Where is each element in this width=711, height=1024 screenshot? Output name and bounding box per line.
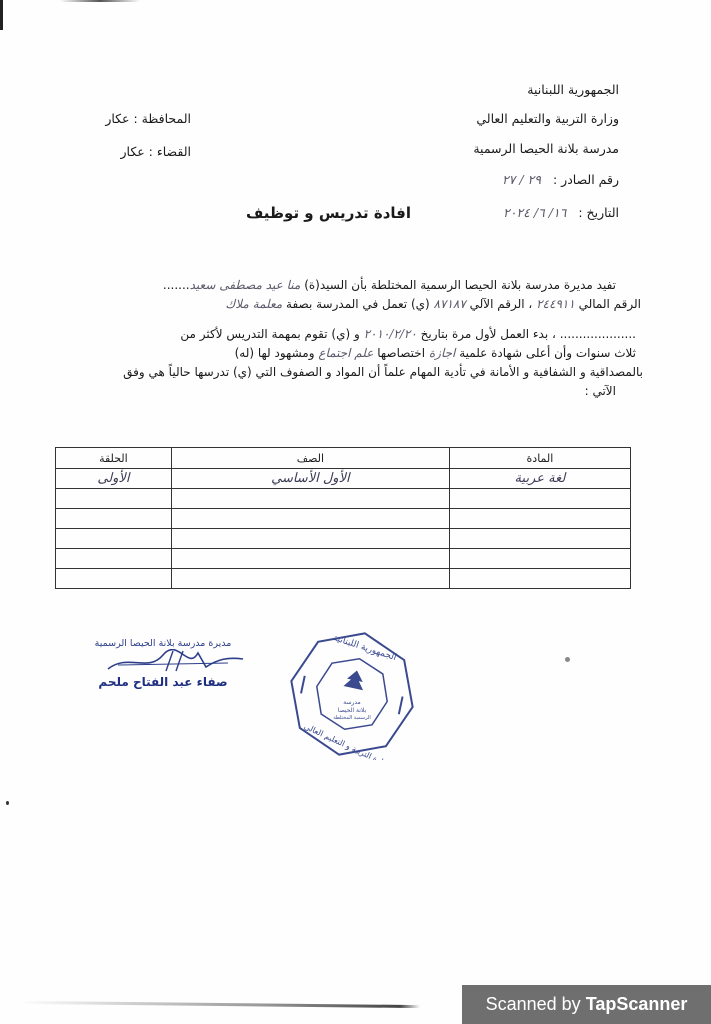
cell (56, 489, 172, 509)
header-ref: رقم الصادر : ٢٩ / ٢٧ (502, 174, 619, 187)
body-line-6: الآتي : (585, 382, 616, 401)
cell (171, 509, 449, 529)
witness-text: ومشهود لها (له) (235, 346, 315, 360)
role-label: (ي) تعمل في المدرسة بصفة (286, 297, 430, 311)
body-line-1: تفيد مديرة مدرسة بلانة الحيصا الرسمية ال… (163, 276, 616, 295)
cell (56, 509, 172, 529)
official-stamp: مدرسة بلانة الحيصا الرسمية المختلطة الجم… (286, 628, 418, 760)
financial-number-value: ٢٤٤٩١١ (536, 297, 575, 311)
signature-block: مديرة مدرسة بلانة الحيصا الرسمية صفاء عب… (78, 638, 248, 689)
signature-name: صفاء عبد الفتاح ملحم (78, 675, 248, 689)
scan-edge (0, 0, 3, 30)
cell-grade: الأول الأساسي (171, 469, 449, 489)
cell-cycle: الأولى (56, 469, 172, 489)
speck (565, 657, 570, 662)
svg-text:الرسمية المختلطة: الرسمية المختلطة (333, 715, 371, 721)
body-line-3: .................... ، بدء العمل لأول مر… (180, 325, 636, 344)
cell (56, 529, 172, 549)
cell (171, 529, 449, 549)
body-line-5: بالمصداقية و الشفافية و الأمانة في تأدية… (123, 363, 643, 382)
header-date: التاريخ : ١٦/ ٦/ ٢٠٢٤ (503, 207, 619, 220)
date-value: ١٦/ ٦/ ٢٠٢٤ (503, 205, 566, 220)
cell (449, 489, 630, 509)
financial-number-label: الرقم المالي (579, 297, 641, 311)
header-ministry: وزارة التربية والتعليم العالي (476, 113, 619, 126)
cell-subject: لغة عربية (449, 469, 630, 489)
cell (171, 489, 449, 509)
body-line-4: ثلاث سنوات وأن أعلى شهادة علمية اجازة اخ… (235, 344, 636, 363)
header-school: مدرسة بلانة الحيصا الرسمية (473, 143, 619, 156)
cell (56, 549, 172, 569)
employee-name: منا عيد مصطفى سعيد (190, 278, 301, 292)
svg-text:بلانة الحيصا: بلانة الحيصا (338, 707, 367, 714)
cell (449, 569, 630, 589)
header-subject: المادة (449, 448, 630, 469)
header-cycle: الحلقة (56, 448, 172, 469)
auto-number-label: ، الرقم الآلي (470, 297, 533, 311)
watermark-brand: TapScanner (586, 994, 688, 1015)
auto-number-value: ٨٧١٨٧ (434, 297, 466, 311)
cell (171, 549, 449, 569)
degree-label: ثلاث سنوات وأن أعلى شهادة علمية (459, 346, 636, 360)
cell (449, 509, 630, 529)
teaching-text: و (ي) تقوم بمهمة التدريس لأكثر من (180, 327, 359, 341)
stamp-inner-text: مدرسة (343, 699, 361, 706)
scan-edge-top (60, 0, 140, 2)
intro-text: تفيد مديرة مدرسة بلانة الحيصا الرسمية ال… (304, 278, 616, 292)
table-row (56, 509, 631, 529)
scanner-watermark: Scanned by TapScanner (462, 985, 711, 1024)
role-value: معلمة ملاك (225, 297, 282, 311)
specialty-label: اختصاصها (377, 346, 425, 360)
cell (56, 569, 172, 589)
document-title: افادة تدريس و توظيف (246, 204, 411, 222)
table-row (56, 569, 631, 589)
header-republic: الجمهورية اللبنانية (527, 84, 619, 97)
cell (449, 529, 630, 549)
header-governorate: المحافظة : عكار (105, 113, 191, 126)
date-label: التاريخ : (578, 205, 619, 220)
start-date-value: ٢٠١٠/٢/٢٠ (364, 327, 417, 341)
table-row: لغة عربية الأول الأساسي الأولى (56, 469, 631, 489)
document-page: الجمهورية اللبنانية وزارة التربية والتعل… (0, 0, 711, 1024)
body-line-2: الرقم المالي ٢٤٤٩١١ ، الرقم الآلي ٨٧١٨٧ … (225, 295, 641, 314)
scan-shadow (20, 1001, 420, 1008)
speck (6, 801, 9, 805)
svg-text:وزارة التربية و التعليم العالي: وزارة التربية و التعليم العالي (303, 722, 392, 760)
header-grade: الصف (171, 448, 449, 469)
subjects-table: المادة الصف الحلقة لغة عربية الأول الأسا… (55, 447, 631, 589)
table-row (56, 529, 631, 549)
header-district: القضاء : عكار (121, 146, 192, 159)
start-date-label: ، بدء العمل لأول مرة بتاريخ (421, 327, 556, 341)
specialty-value: علم اجتماع (318, 346, 373, 360)
signature-title: مديرة مدرسة بلانة الحيصا الرسمية (78, 638, 248, 649)
table-header-row: المادة الصف الحلقة (56, 448, 631, 469)
cell (449, 549, 630, 569)
cell (171, 569, 449, 589)
table-row (56, 549, 631, 569)
ref-value: ٢٩ / ٢٧ (502, 172, 541, 187)
ref-label: رقم الصادر : (553, 172, 619, 187)
signature-scribble (78, 649, 248, 675)
degree-value: اجازة (429, 346, 456, 360)
watermark-prefix: Scanned by (486, 994, 581, 1015)
table-row (56, 489, 631, 509)
